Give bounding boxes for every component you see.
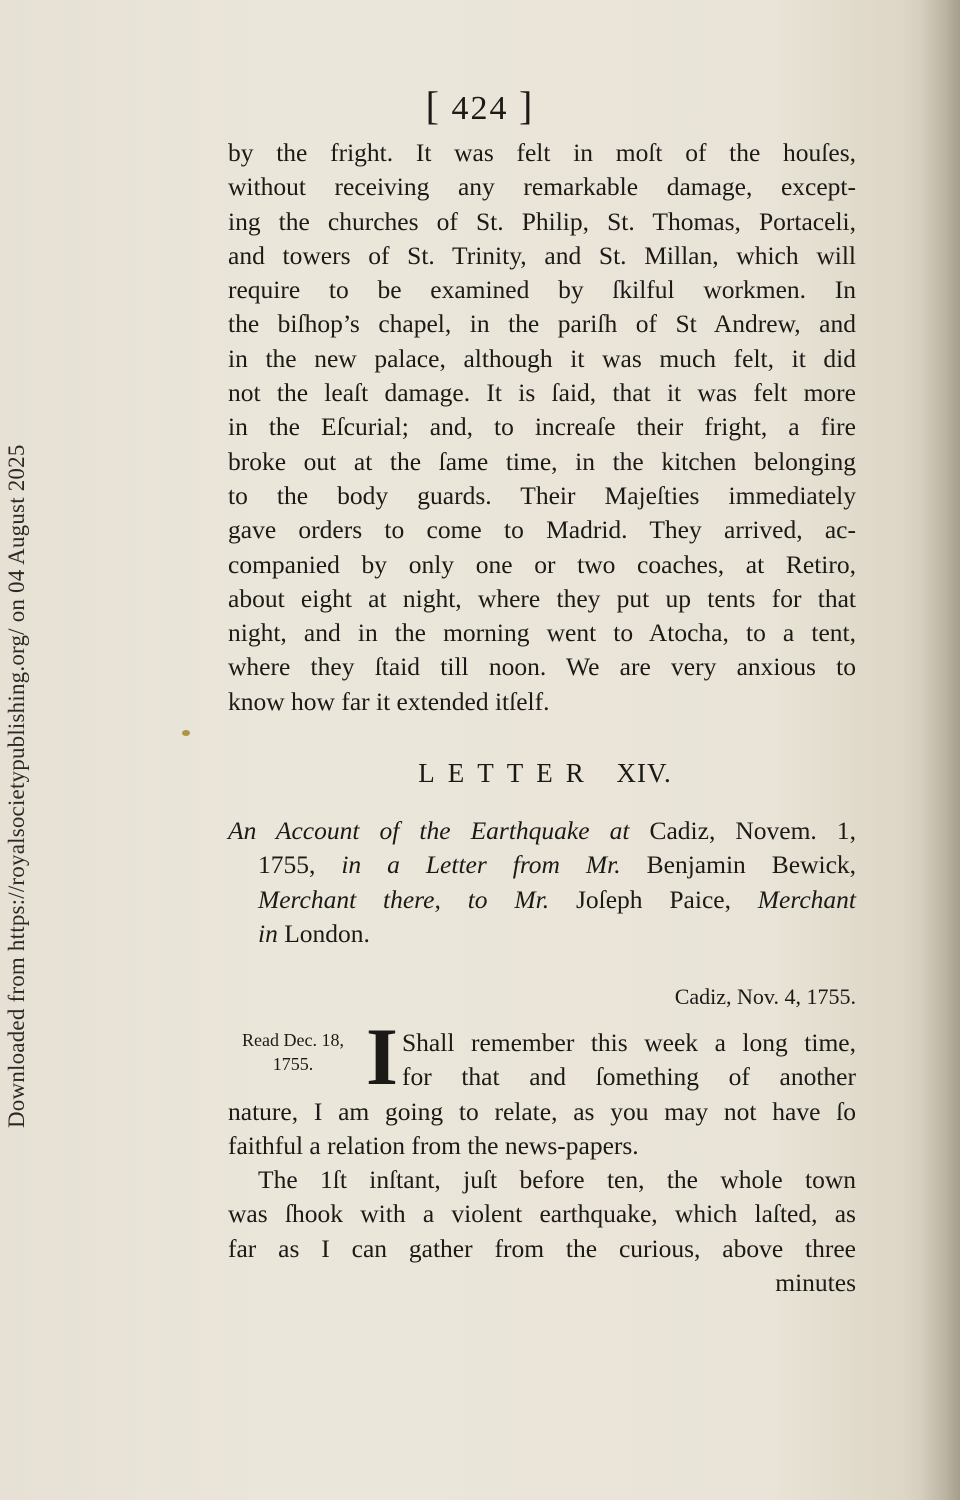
letter-heading: LETTER XIV. <box>0 758 960 789</box>
text-line: the biſhop’s chapel, in the pariſh of St… <box>228 307 856 341</box>
subtitle-italic: Merchant <box>758 885 856 914</box>
subtitle-italic: Merchant there, to Mr. <box>258 885 576 914</box>
page-spine-shadow <box>920 0 960 1500</box>
text-line: Shall remember this week a long time, <box>228 1026 856 1060</box>
continued-paragraph: by the fright. It was felt in moſt of th… <box>228 136 856 719</box>
text-line: faithful a relation from the news-papers… <box>228 1129 856 1163</box>
text-line: nature, I am going to relate, as you may… <box>228 1095 856 1129</box>
ink-stain <box>182 730 190 736</box>
text-line: in the Eſcurial; and, to increaſe their … <box>228 410 856 444</box>
text-line: in the new palace, although it was much … <box>228 342 856 376</box>
right-bracket: ] <box>519 83 534 128</box>
text-line: The 1ſt inſtant, juſt before ten, the wh… <box>228 1163 856 1197</box>
text-line: know how far it extended itſelf. <box>228 685 856 719</box>
left-bracket: [ <box>426 83 441 128</box>
text-line: broke out at the ſame time, in the kitch… <box>228 445 856 479</box>
heading-numeral: XIV. <box>616 758 671 788</box>
subtitle-roman: London. <box>284 919 370 948</box>
subtitle-line: An Account of the Earthquake at Cadiz, N… <box>228 814 856 848</box>
page-number-value: 424 <box>452 90 509 127</box>
catchword: minutes <box>228 1266 856 1300</box>
text-line: to the body guards. Their Majeſties imme… <box>228 479 856 513</box>
download-watermark: Downloaded from https://royalsocietypubl… <box>4 368 30 1128</box>
subtitle-italic: An Account of the Earthquake at <box>228 816 649 845</box>
text-line: not the leaſt damage. It is ſaid, that i… <box>228 376 856 410</box>
text-line: companied by only one or two coaches, at… <box>228 548 856 582</box>
heading-word: LETTER <box>418 758 596 788</box>
subtitle-line: Merchant there, to Mr. Joſeph Paice, Mer… <box>228 883 856 917</box>
subtitle-line: 1755, in a Letter from Mr. Benjamin Bewi… <box>228 848 856 882</box>
subtitle-italic: in <box>258 919 284 948</box>
subtitle-roman: 1755, <box>258 850 341 879</box>
text-line: by the fright. It was felt in moſt of th… <box>228 136 856 170</box>
subtitle-roman: Benjamin Bewick, <box>647 850 856 879</box>
text-line: ing the churches of St. Philip, St. Thom… <box>228 205 856 239</box>
text-line: without receiving any remarkable damage,… <box>228 170 856 204</box>
letter-body: Shall remember this week a long time, fo… <box>228 1026 856 1300</box>
letter-subtitle: An Account of the Earthquake at Cadiz, N… <box>228 814 856 951</box>
text-line: night, and in the morning went to Atocha… <box>228 616 856 650</box>
subtitle-italic: in a Letter from Mr. <box>341 850 646 879</box>
subtitle-roman: Cadiz, Novem. 1, <box>649 816 856 845</box>
subtitle-line: in London. <box>228 917 856 951</box>
subtitle-roman: Joſeph Paice, <box>576 885 758 914</box>
text-line: require to be examined by ſkilful workme… <box>228 273 856 307</box>
dateline: Cadiz, Nov. 4, 1755. <box>228 984 856 1010</box>
text-line: far as I can gather from the curious, ab… <box>228 1232 856 1266</box>
text-line: for that and ſomething of another <box>228 1060 856 1094</box>
page-number: [ 424 ] <box>0 82 960 129</box>
text-line: gave orders to come to Madrid. They arri… <box>228 513 856 547</box>
text-line: was ſhook with a violent earthquake, whi… <box>228 1197 856 1231</box>
text-line: where they ſtaid till noon. We are very … <box>228 650 856 684</box>
text-line: and towers of St. Trinity, and St. Milla… <box>228 239 856 273</box>
text-line: about eight at night, where they put up … <box>228 582 856 616</box>
